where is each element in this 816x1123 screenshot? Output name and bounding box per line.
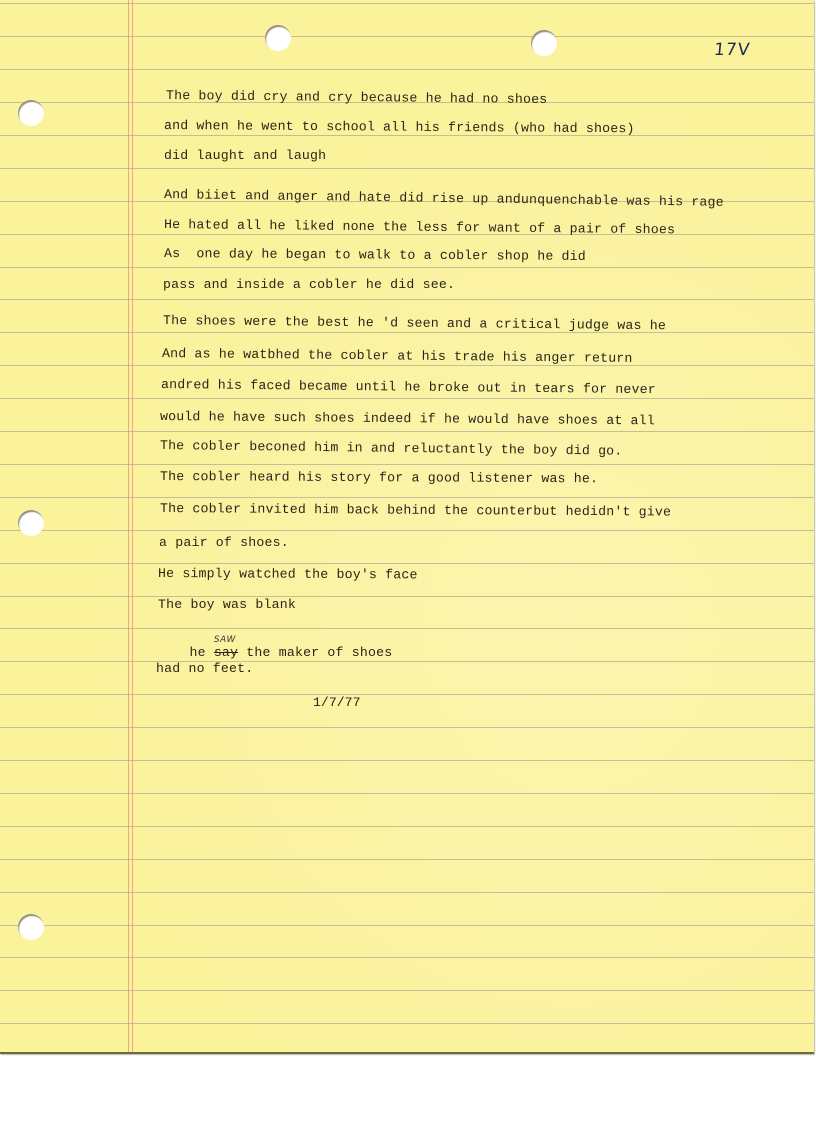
poem-date: 1/7/77 bbox=[313, 695, 360, 710]
legal-pad-sheet: 17V The boy did cry and cry because he h… bbox=[0, 0, 814, 1054]
poem-line: And biiet and anger and hate did rise up… bbox=[164, 187, 724, 210]
poem-line: As one day he began to walk to a cobler … bbox=[164, 246, 586, 264]
poem-line: The cobler invited him back behind the c… bbox=[160, 501, 671, 520]
poem-line: a pair of shoes. bbox=[159, 535, 289, 550]
poem-line: The boy was blank bbox=[158, 597, 296, 612]
poem-line: The cobler beconed him in and reluctantl… bbox=[160, 438, 623, 459]
handwritten-page-number: 17V bbox=[713, 40, 751, 60]
struck-word: saySAW bbox=[214, 645, 238, 660]
poem-line: and when he went to school all his frien… bbox=[164, 118, 635, 136]
punch-hole bbox=[265, 25, 291, 51]
poem-line: would he have such shoes indeed if he wo… bbox=[160, 409, 655, 428]
poem-line: The cobler heard his story for a good li… bbox=[160, 469, 598, 486]
poem-line: did laught and laugh bbox=[164, 148, 326, 163]
poem-line: pass and inside a cobler he did see. bbox=[163, 277, 455, 292]
edited-line-prefix: he bbox=[189, 645, 213, 660]
poem-line: The boy did cry and cry because he had n… bbox=[166, 88, 547, 107]
margin-line-left bbox=[128, 0, 129, 1052]
punch-hole bbox=[531, 30, 557, 56]
poem-line: He simply watched the boy's face bbox=[158, 566, 418, 582]
margin-line-right bbox=[132, 0, 133, 1052]
poem-line-last: had no feet. bbox=[156, 661, 253, 676]
poem-line: The shoes were the best he 'd seen and a… bbox=[163, 313, 666, 333]
punch-hole bbox=[18, 100, 44, 126]
handwritten-correction: SAW bbox=[214, 635, 236, 645]
punch-hole bbox=[18, 914, 44, 940]
poem-line: andred his faced became until he broke o… bbox=[161, 377, 656, 397]
edited-line-suffix: the maker of shoes bbox=[238, 645, 392, 660]
poem-line: And as he watbhed the cobler at his trad… bbox=[162, 346, 633, 366]
punch-hole bbox=[18, 510, 44, 536]
struck-word-text: say bbox=[214, 645, 238, 660]
